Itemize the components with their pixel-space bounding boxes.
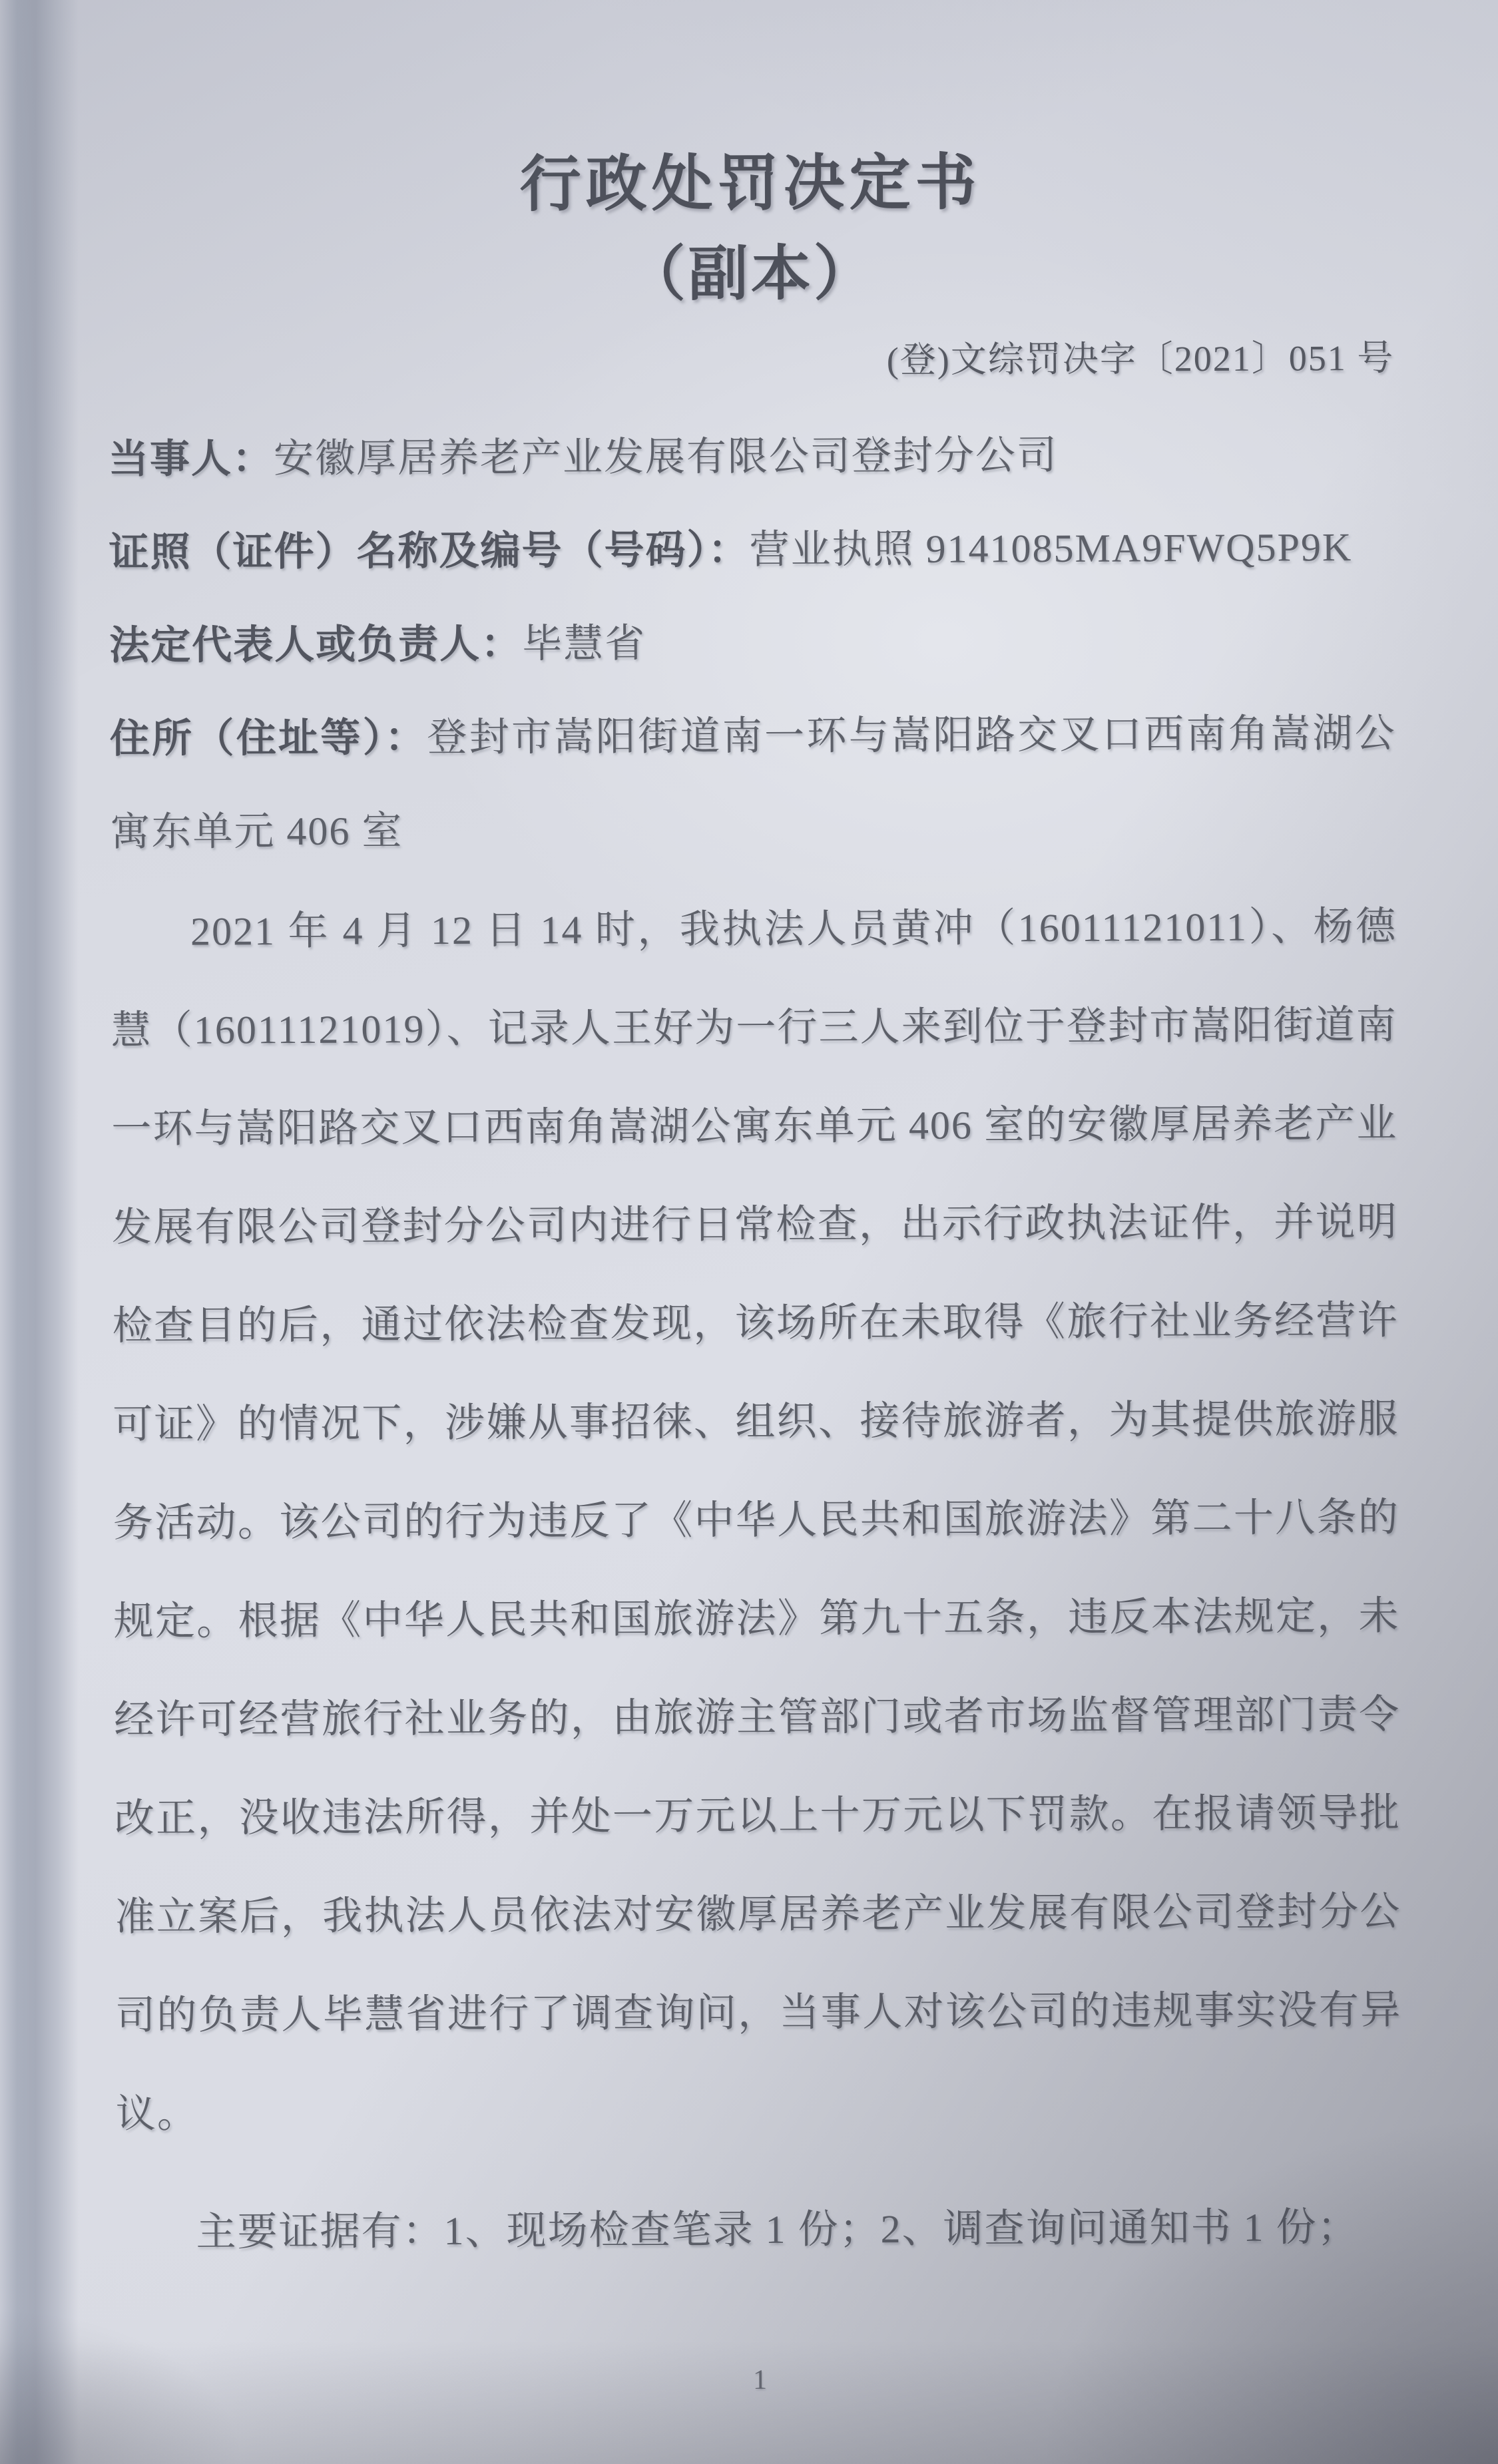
- document-subtitle: （副本）: [108, 240, 1394, 308]
- page-number: 1: [117, 2361, 1403, 2399]
- field-license-value: 营业执照 9141085MA9FWQ5P9K: [749, 526, 1352, 572]
- field-license-label: 证照（证件）名称及编号（号码）：: [109, 528, 749, 574]
- field-address: 住所（住址等）：登封市嵩阳街道南一环与嵩阳路交叉口西南角嵩湖公寓东单元 406 …: [109, 687, 1396, 879]
- field-legal-representative-label: 法定代表人或负责人：: [109, 622, 522, 668]
- field-legal-representative: 法定代表人或负责人：毕慧省: [109, 594, 1396, 692]
- body-paragraph: 2021 年 4 月 12 日 14 时，我执法人员黄冲（16011121011…: [111, 877, 1402, 2163]
- field-party-label: 当事人：: [109, 437, 274, 482]
- field-legal-representative-value: 毕慧省: [522, 622, 646, 666]
- field-party-value: 安徽厚居养老产业发展有限公司登封分公司: [274, 433, 1058, 481]
- field-license: 证照（证件）名称及编号（号码）：营业执照 9141085MA9FWQ5P9K: [109, 501, 1395, 599]
- field-address-label: 住所（住址等）：: [110, 716, 427, 761]
- document-title: 行政处罚决定书: [107, 149, 1393, 219]
- evidence-paragraph: 主要证据有：1、现场检查笔录 1 份；2、调查询问通知书 1 份；: [116, 2178, 1403, 2282]
- document-photo: 行政处罚决定书 （副本） (登)文综罚决字〔2021〕051 号 当事人：安徽厚…: [0, 0, 1498, 2464]
- party-info-section: 当事人：安徽厚居养老产业发展有限公司登封分公司 证照（证件）名称及编号（号码）：…: [109, 407, 1397, 879]
- field-party: 当事人：安徽厚居养老产业发展有限公司登封分公司: [109, 407, 1395, 506]
- penalty-decision-page: 行政处罚决定书 （副本） (登)文综罚决字〔2021〕051 号 当事人：安徽厚…: [0, 0, 1498, 2464]
- document-number: (登)文综罚决字〔2021〕051 号: [108, 339, 1394, 384]
